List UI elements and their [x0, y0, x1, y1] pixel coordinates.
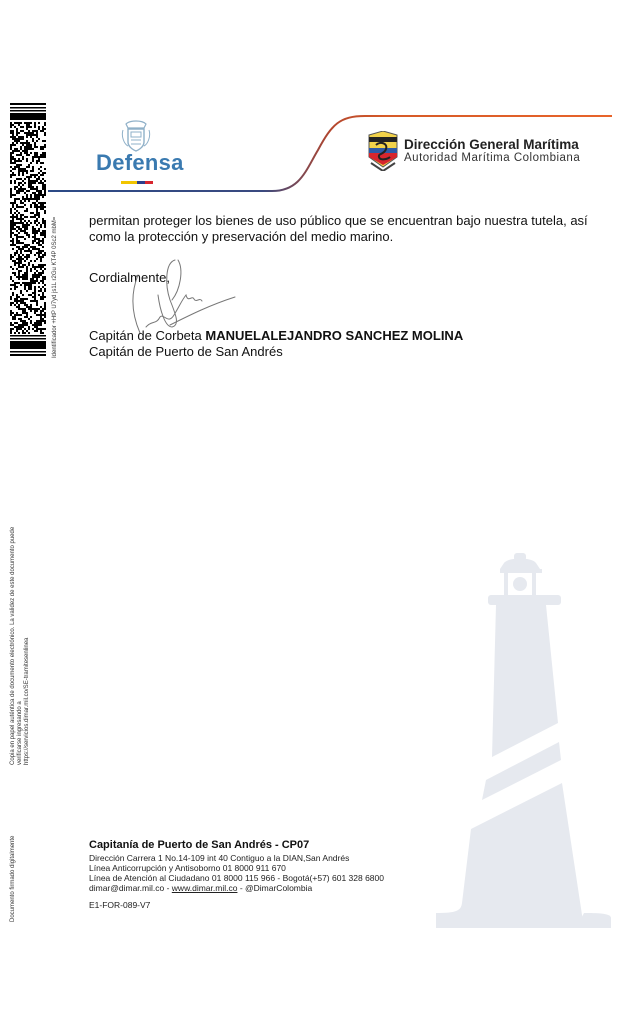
document-identifier: Identificador +HtP U7yd js1L r2Gu KT4P 0… — [52, 217, 58, 358]
form-code: E1-FOR-089-V7 — [89, 900, 150, 911]
footer-attention-line: Línea de Atención al Ciudadano 01 8000 1… — [89, 873, 384, 884]
lighthouse-watermark-icon — [436, 553, 616, 928]
footer-address: Dirección Carrera 1 No.14-109 int 40 Con… — [89, 853, 349, 864]
footer-contact: dimar@dimar.mil.co - www.dimar.mil.co - … — [89, 883, 312, 894]
footer-website-link[interactable]: www.dimar.mil.co — [172, 883, 238, 893]
footer-social-handle: @DimarColombia — [245, 883, 312, 893]
body-paragraph-line: como la protección y preservación del me… — [89, 229, 393, 245]
authenticity-note: Copia en papel auténtica de documento el… — [10, 527, 31, 765]
digitally-signed-note: Documento firmado digitalmente — [10, 836, 16, 922]
authenticity-note-line: verificarse ingresando a — [17, 527, 24, 765]
body-paragraph-line: permitan proteger los bienes de uso públ… — [89, 213, 588, 229]
signer-position: Capitán de Puerto de San Andrés — [89, 344, 283, 360]
separator: - — [237, 883, 245, 893]
dimar-subtitle: Autoridad Marítima Colombiana — [404, 152, 580, 164]
signer-rank: Capitán de Corbeta — [89, 328, 202, 343]
dimar-title: Dirección General Marítima — [404, 137, 579, 152]
verification-link[interactable]: https://servicios.dimar.mil.co/SE-tramit… — [24, 527, 31, 765]
authenticity-note-line: Copia en papel auténtica de documento el… — [10, 527, 17, 765]
footer-anticorruption-line: Línea Anticorrupción y Antisoborno 01 80… — [89, 863, 286, 874]
footer-email[interactable]: dimar@dimar.mil.co — [89, 883, 164, 893]
dimar-shield-icon — [366, 131, 400, 171]
colombia-flag-stripe — [121, 181, 153, 184]
signer-name: MANUELALEJANDRO SANCHEZ MOLINA — [205, 328, 463, 343]
footer-office-title: Capitanía de Puerto de San Andrés - CP07 — [89, 839, 309, 851]
separator: - — [164, 883, 172, 893]
signer-line: Capitán de Corbeta MANUELALEJANDRO SANCH… — [89, 328, 463, 344]
coat-of-arms-icon — [120, 118, 152, 154]
defensa-logo-text: Defensa — [96, 150, 184, 176]
